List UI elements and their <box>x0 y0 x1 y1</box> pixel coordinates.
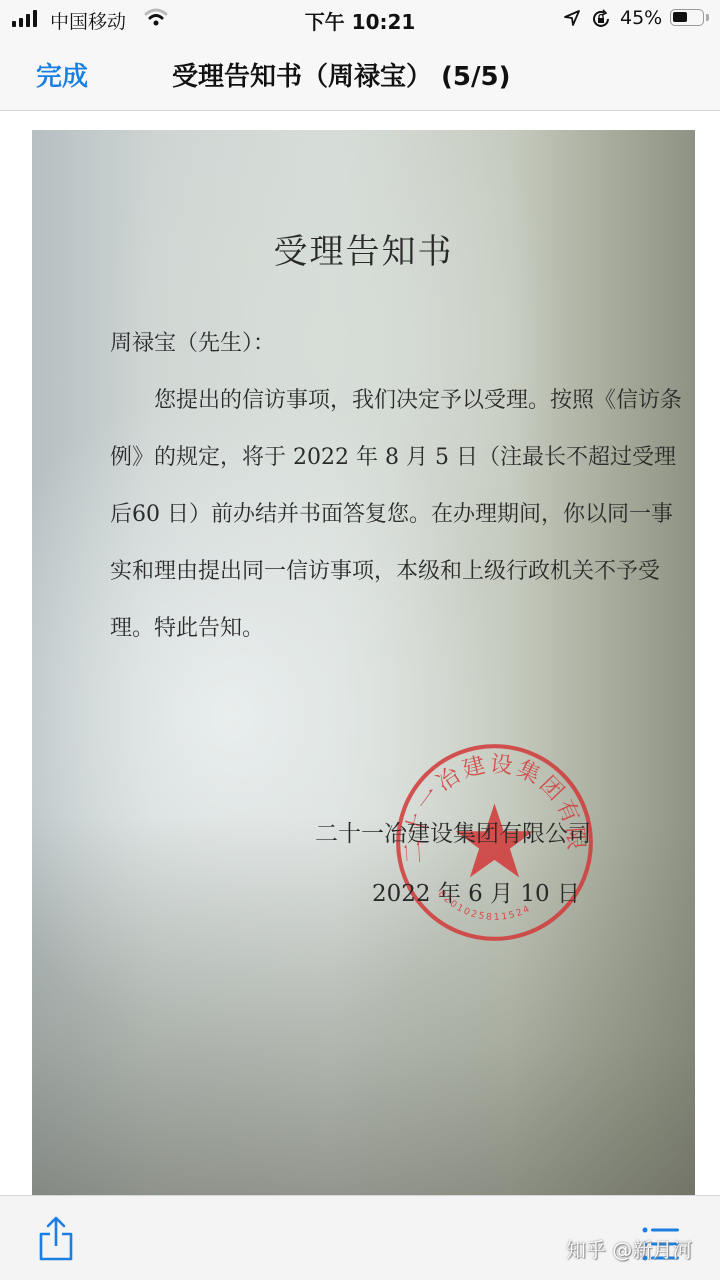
issuing-organization: 二十一冶建设集团有限公司 <box>315 815 591 848</box>
done-button[interactable]: 完成 <box>36 56 88 93</box>
document-closing: 特此告知。 <box>110 600 690 657</box>
page-title: 受理告知书（周禄宝） (5/5) <box>172 56 511 93</box>
location-icon <box>563 9 581 27</box>
battery-percent: 45% <box>620 7 662 29</box>
battery-tip <box>706 14 709 21</box>
rotation-lock-icon <box>590 8 612 30</box>
document-title: 受理告知书 <box>32 224 695 273</box>
document-image[interactable]: 受理告知书 周禄宝（先生）： 您提出的信访事项，我们决定予以受理。按照《信访条例… <box>32 130 695 1196</box>
watermark: 知乎 @新月河 <box>566 1234 692 1263</box>
issue-date: 2022 年 6 月 10 日 <box>372 875 580 908</box>
battery-icon <box>670 9 704 26</box>
navigation-bar: 完成 受理告知书（周禄宝） (5/5) <box>0 38 720 111</box>
share-icon[interactable] <box>38 1216 74 1262</box>
bottom-toolbar: 知乎 @新月河 <box>0 1195 720 1280</box>
document-salutation: 周禄宝（先生）： <box>110 315 690 372</box>
clock: 下午 10:21 <box>0 6 720 35</box>
status-bar: 中国移动 下午 10:21 45% <box>0 0 720 38</box>
